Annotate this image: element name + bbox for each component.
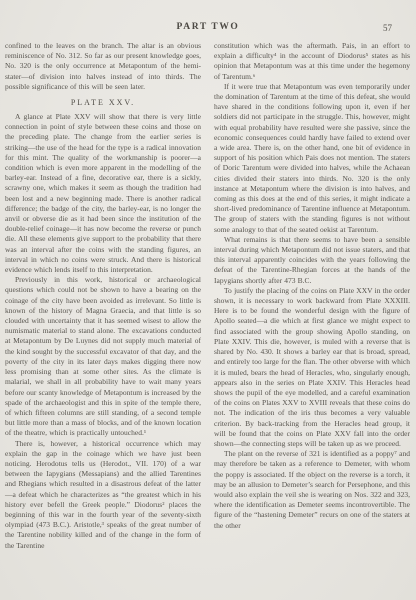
left-column: confined to the leaves on the branch. Th… bbox=[5, 41, 201, 551]
paragraph: If it were true that Metapontum was even… bbox=[214, 82, 410, 235]
paragraph: The plant on the reverse of 321 is ident… bbox=[214, 449, 410, 531]
book-page: PART TWO 57 confined to the leaves on th… bbox=[0, 0, 416, 600]
page-number: 57 bbox=[383, 23, 392, 33]
paragraph: Previously in this work, historical or a… bbox=[5, 275, 201, 438]
paragraph: There is, however, a historical occurren… bbox=[5, 439, 201, 551]
right-column: constitution which was the aftermath. Pa… bbox=[214, 41, 410, 551]
paragraph: To justify the placing of the coins on P… bbox=[214, 286, 410, 449]
paragraph: What remains is that there seems to have… bbox=[214, 235, 410, 286]
running-header: PART TWO 57 bbox=[0, 22, 416, 38]
section-header: PART TWO bbox=[0, 22, 416, 32]
paragraph-continuation: confined to the leaves on the branch. Th… bbox=[5, 41, 201, 92]
two-column-text: confined to the leaves on the branch. Th… bbox=[0, 38, 416, 551]
paragraph: A glance at Plate XXV will show that the… bbox=[5, 112, 201, 275]
paragraph-continuation: constitution which was the aftermath. Pa… bbox=[214, 41, 410, 82]
plate-heading: PLATE XXV. bbox=[5, 98, 201, 107]
